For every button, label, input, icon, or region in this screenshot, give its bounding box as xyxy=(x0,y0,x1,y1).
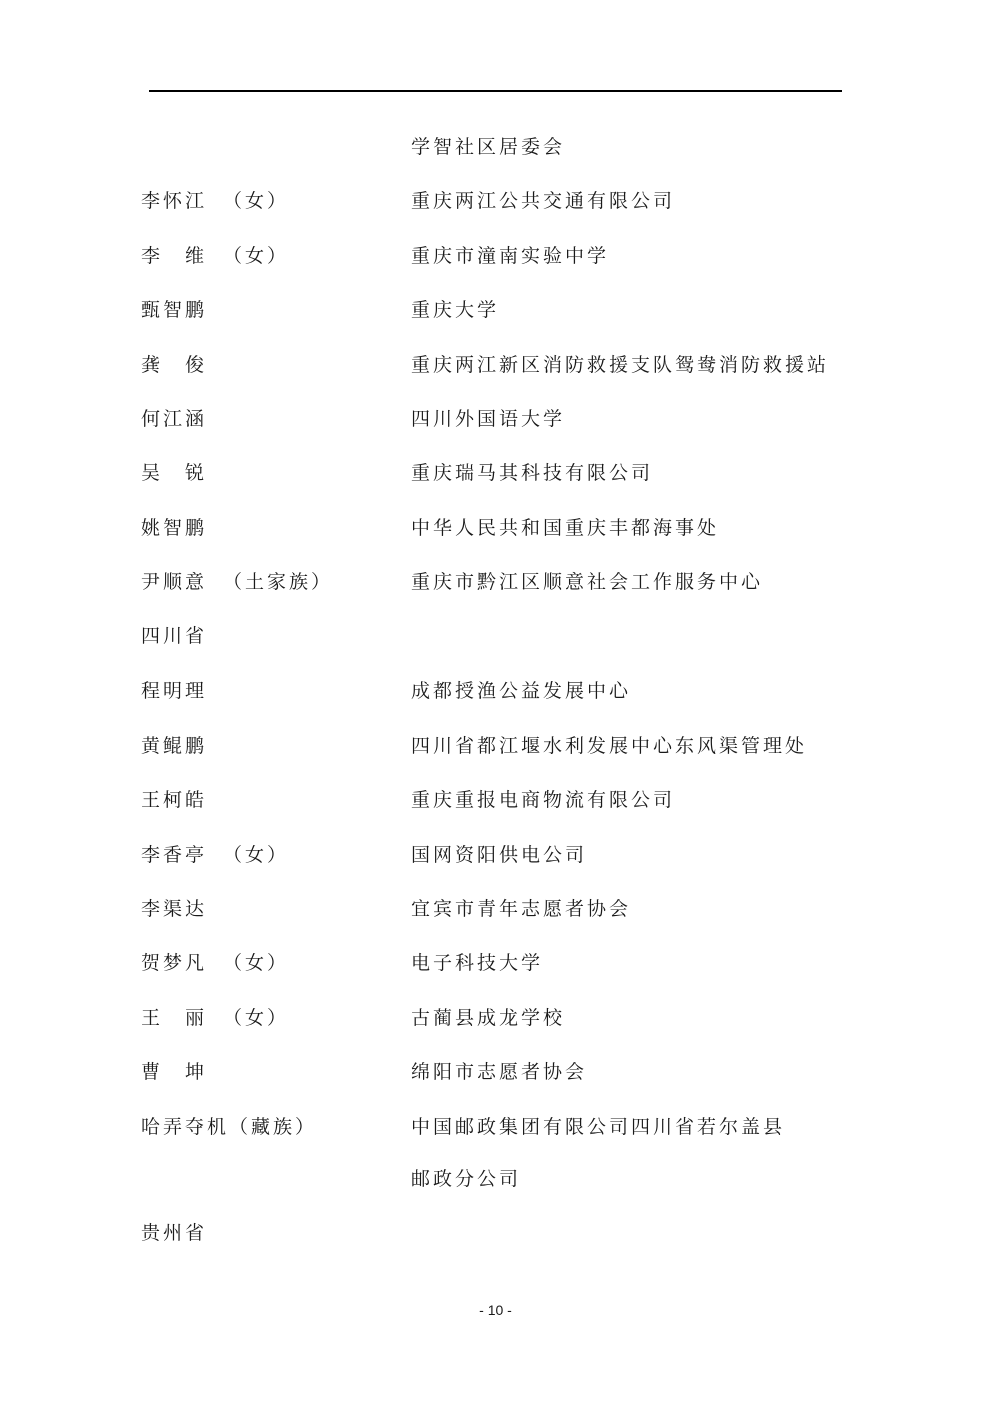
person-name: 曹 坤 xyxy=(141,1059,207,1085)
person-org: 四川省都江堰水利发展中心东风渠管理处 xyxy=(411,733,807,759)
person-org-continued: 邮政分公司 xyxy=(411,1166,521,1192)
person-name: 李香亭 xyxy=(141,842,207,868)
person-org: 中国邮政集团有限公司四川省若尔盖县 xyxy=(411,1114,785,1140)
person-name: 李 维 xyxy=(141,243,207,269)
person-org: 重庆重报电商物流有限公司 xyxy=(411,787,675,813)
person-org: 重庆瑞马其科技有限公司 xyxy=(411,460,653,486)
person-org: 重庆市黔江区顺意社会工作服务中心 xyxy=(411,569,763,595)
person-name: 尹顺意 xyxy=(141,569,207,595)
header-rule xyxy=(149,90,842,92)
page-number: - 10 - xyxy=(0,1302,991,1318)
person-name: 吴 锐 xyxy=(141,460,207,486)
person-name: 哈弄夺机（藏族） xyxy=(141,1114,317,1140)
person-name: 龚 俊 xyxy=(141,352,207,378)
person-org: 绵阳市志愿者协会 xyxy=(411,1059,587,1085)
org-continuation: 学智社区居委会 xyxy=(411,134,565,160)
person-name: 贺梦凡 xyxy=(141,950,207,976)
person-note: （女） xyxy=(223,950,289,976)
section-heading-guizhou: 贵州省 xyxy=(141,1220,207,1246)
person-name: 王 丽 xyxy=(141,1005,207,1031)
person-org: 重庆两江新区消防救援支队鸳鸯消防救援站 xyxy=(411,352,829,378)
person-org: 重庆市潼南实验中学 xyxy=(411,243,609,269)
person-name: 黄鲲鹏 xyxy=(141,733,207,759)
person-note: （女） xyxy=(223,243,289,269)
person-name: 甄智鹏 xyxy=(141,297,207,323)
person-name: 何江涵 xyxy=(141,406,207,432)
person-name: 李渠达 xyxy=(141,896,207,922)
person-name: 程明理 xyxy=(141,678,207,704)
person-org: 中华人民共和国重庆丰都海事处 xyxy=(411,515,719,541)
person-name: 王柯皓 xyxy=(141,787,207,813)
person-org: 四川外国语大学 xyxy=(411,406,565,432)
person-note: （女） xyxy=(223,1005,289,1031)
person-org: 重庆两江公共交通有限公司 xyxy=(411,188,675,214)
person-name: 姚智鹏 xyxy=(141,515,207,541)
person-org: 成都授渔公益发展中心 xyxy=(411,678,631,704)
person-note: （女） xyxy=(223,842,289,868)
person-org: 古蔺县成龙学校 xyxy=(411,1005,565,1031)
person-note: （土家族） xyxy=(223,569,333,595)
person-org: 电子科技大学 xyxy=(411,950,543,976)
person-note: （女） xyxy=(223,188,289,214)
person-name: 李怀江 xyxy=(141,188,207,214)
person-org: 宜宾市青年志愿者协会 xyxy=(411,896,631,922)
person-org: 重庆大学 xyxy=(411,297,499,323)
section-heading-sichuan: 四川省 xyxy=(141,623,207,649)
person-org: 国网资阳供电公司 xyxy=(411,842,587,868)
